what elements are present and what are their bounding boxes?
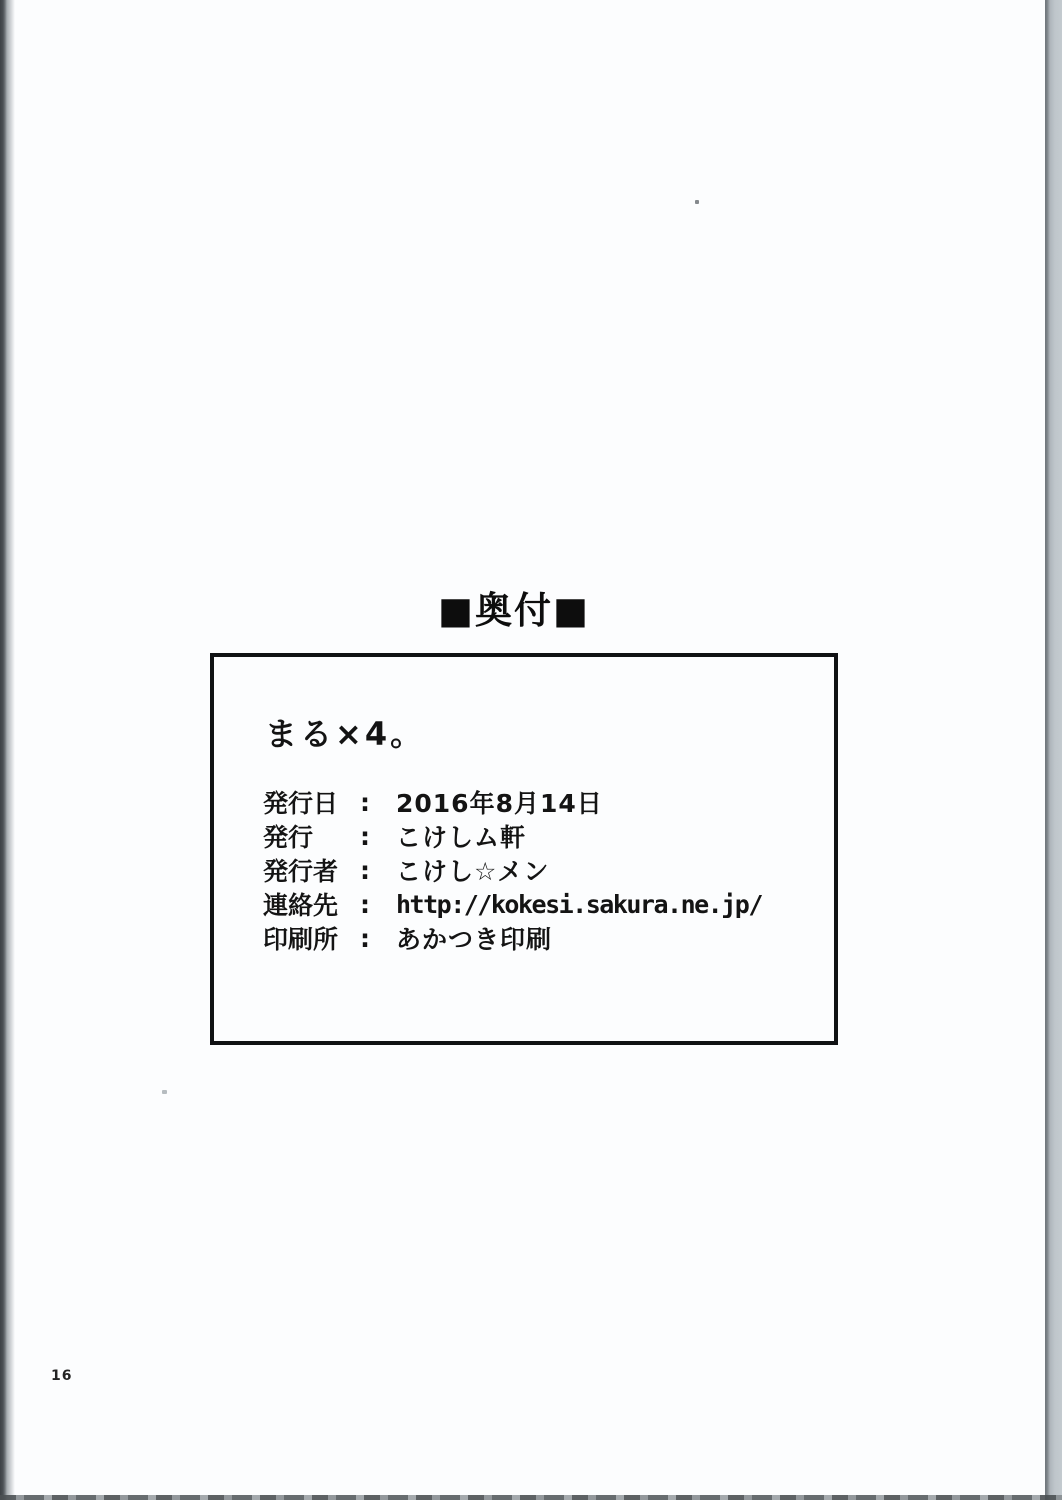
colophon-row-publisher: 発行 : こけしム軒 [263, 819, 824, 853]
scan-edge-left [0, 0, 16, 1500]
row-separator: : [360, 924, 396, 953]
scan-artifact-dot [695, 200, 699, 204]
row-value-url: http://kokesi.sakura.ne.jp/ [396, 890, 762, 919]
row-separator: : [360, 890, 396, 919]
colophon-row-publication-date: 発行日 : 2016年8月14日 [263, 785, 824, 819]
colophon-row-contact: 連絡先 : http://kokesi.sakura.ne.jp/ [263, 887, 824, 921]
row-value: こけし☆メン [396, 852, 549, 888]
row-label: 発行日 [263, 784, 360, 820]
row-label: 発行者 [263, 852, 360, 888]
colophon-row-printer: 印刷所 : あかつき印刷 [263, 921, 824, 955]
colophon-heading: ■奥付■ [0, 580, 1045, 634]
colophon-row-author: 発行者 : こけし☆メン [263, 853, 824, 887]
row-label: 印刷所 [263, 920, 360, 956]
row-value: こけしム軒 [396, 818, 526, 854]
row-separator: : [360, 856, 396, 885]
scan-edge-right [1045, 0, 1062, 1500]
row-value: 2016年8月14日 [396, 784, 603, 820]
scan-artifact-dot [162, 1090, 167, 1094]
colophon-box: まる×4。 発行日 : 2016年8月14日 発行 : こけしム軒 発行者 : … [210, 653, 838, 1045]
page-number: 16 [51, 1368, 72, 1384]
scan-edge-bottom [0, 1495, 1062, 1500]
doujin-title: まる×4。 [265, 709, 425, 755]
row-label: 連絡先 [263, 886, 360, 922]
scanned-colophon-page: ■奥付■ まる×4。 発行日 : 2016年8月14日 発行 : こけしム軒 発… [0, 0, 1062, 1500]
colophon-rows: 発行日 : 2016年8月14日 発行 : こけしム軒 発行者 : こけし☆メン… [263, 785, 824, 955]
row-label: 発行 [263, 818, 360, 854]
row-separator: : [360, 788, 396, 817]
row-separator: : [360, 822, 396, 851]
row-value: あかつき印刷 [396, 920, 552, 956]
